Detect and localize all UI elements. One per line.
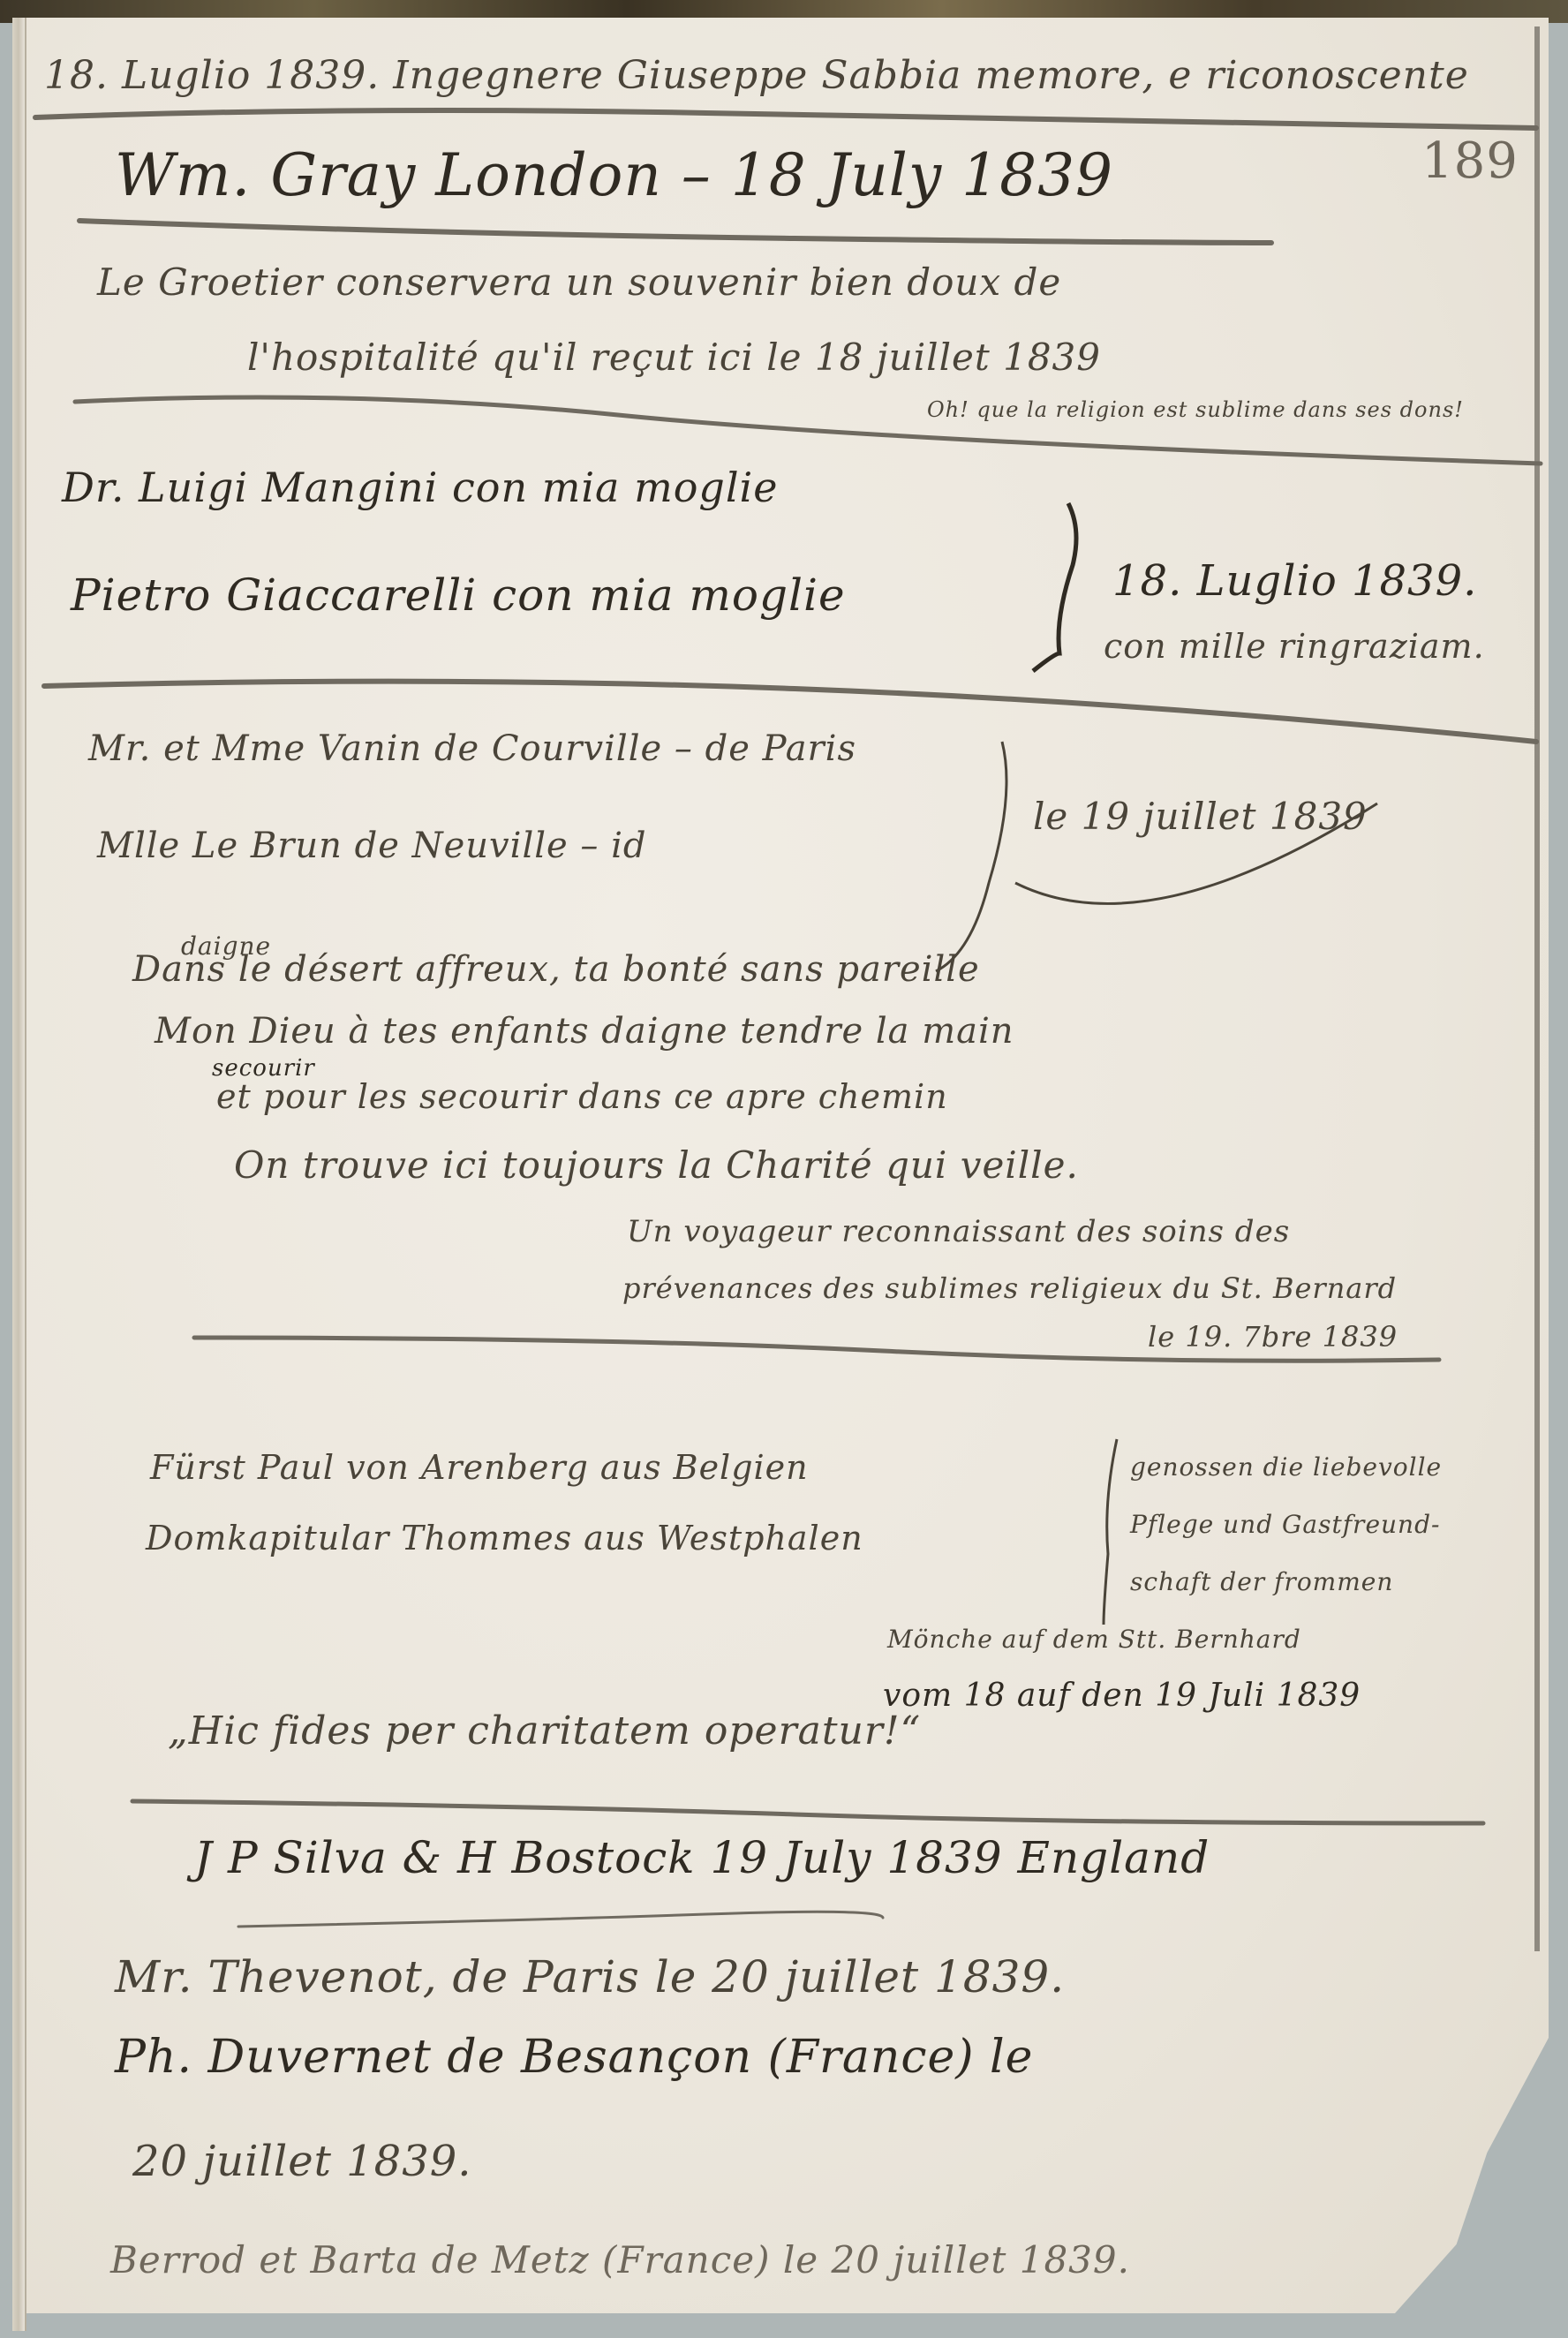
entry-4-date: 18. Luglio 1839. (1112, 556, 1477, 606)
entry-mangini: Dr. Luigi Mangini con mia moglie (62, 464, 778, 511)
divider-line (79, 221, 1271, 243)
entry-4-thanks: con mille ringraziam. (1104, 627, 1485, 666)
entry-duvernet-date: 20 juillet 1839. (132, 2137, 472, 2186)
brace-icon (936, 742, 1006, 971)
entry-duvernet: Ph. Duvernet de Besançon (France) le (115, 2031, 1033, 2084)
poem-line-3: et pour les secourir dans ce apre chemin (216, 1077, 948, 1116)
divider-line (132, 1801, 1483, 1823)
poem-signature-1: Un voyageur reconnaissant des soins des (627, 1214, 1290, 1249)
entry-7-note-4: Mönche auf dem Stt. Bernhard (887, 1625, 1301, 1654)
entry-groetier-line2: l'hospitalité qu'il reçut ici le 18 juil… (247, 336, 1101, 379)
entry-arenberg: Fürst Paul von Arenberg aus Belgien (150, 1448, 809, 1487)
entry-7-date: vom 18 auf den 19 Juli 1839 (883, 1678, 1361, 1714)
page-number: 189 (1421, 132, 1519, 190)
entry-7-note-1: genossen die liebevolle (1130, 1452, 1442, 1482)
entry-berrod-barta: Berrod et Barta de Metz (France) le 20 j… (110, 2238, 1130, 2281)
entry-7-note-2: Pflege und Gastfreund- (1130, 1510, 1440, 1539)
entry-silva-bostock: J P Silva & H Bostock 19 July 1839 Engla… (194, 1832, 1210, 1883)
entry-lebrun: Mlle Le Brun de Neuville – id (97, 826, 647, 866)
entry-giaccarelli: Pietro Giaccarelli con mia moglie (71, 569, 846, 621)
entry-5-date: le 19 juillet 1839 (1033, 795, 1368, 838)
brace-icon (1033, 503, 1076, 671)
entry-groetier-line1: Le Groetier conservera un souvenir bien … (97, 260, 1061, 304)
poem-date: le 19. 7bre 1839 (1148, 1320, 1398, 1354)
entry-gray: Wm. Gray London – 18 July 1839 (115, 141, 1113, 209)
poem-line-1: Dans le désert affreux, ta bonté sans pa… (132, 949, 980, 990)
entry-vanin: Mr. et Mme Vanin de Courville – de Paris (88, 728, 856, 769)
entry-7-quote: „Hic fides per charitatem operatur!“ (168, 1708, 921, 1753)
brace-icon (1104, 1439, 1117, 1625)
entry-thevenot: Mr. Thevenot, de Paris le 20 juillet 183… (115, 1951, 1065, 2002)
poem-signature-2: prévenances des sublimes religieux du St… (622, 1271, 1397, 1305)
entry-groetier-note: Oh! que la religion est sublime dans ses… (927, 397, 1464, 422)
entry-sabbia: 18. Luglio 1839. Ingegnere Giuseppe Sabb… (44, 53, 1469, 98)
poem-line-2: Mon Dieu à tes enfants daigne tendre la … (155, 1011, 1014, 1052)
divider-line (238, 1912, 883, 1927)
divider-line (35, 110, 1536, 128)
poem-line-4: On trouve ici toujours la Charité qui ve… (234, 1143, 1079, 1187)
entry-thommes: Domkapitular Thommes aus Westphalen (146, 1519, 863, 1557)
entry-7-note-3: schaft der frommen (1130, 1567, 1393, 1596)
